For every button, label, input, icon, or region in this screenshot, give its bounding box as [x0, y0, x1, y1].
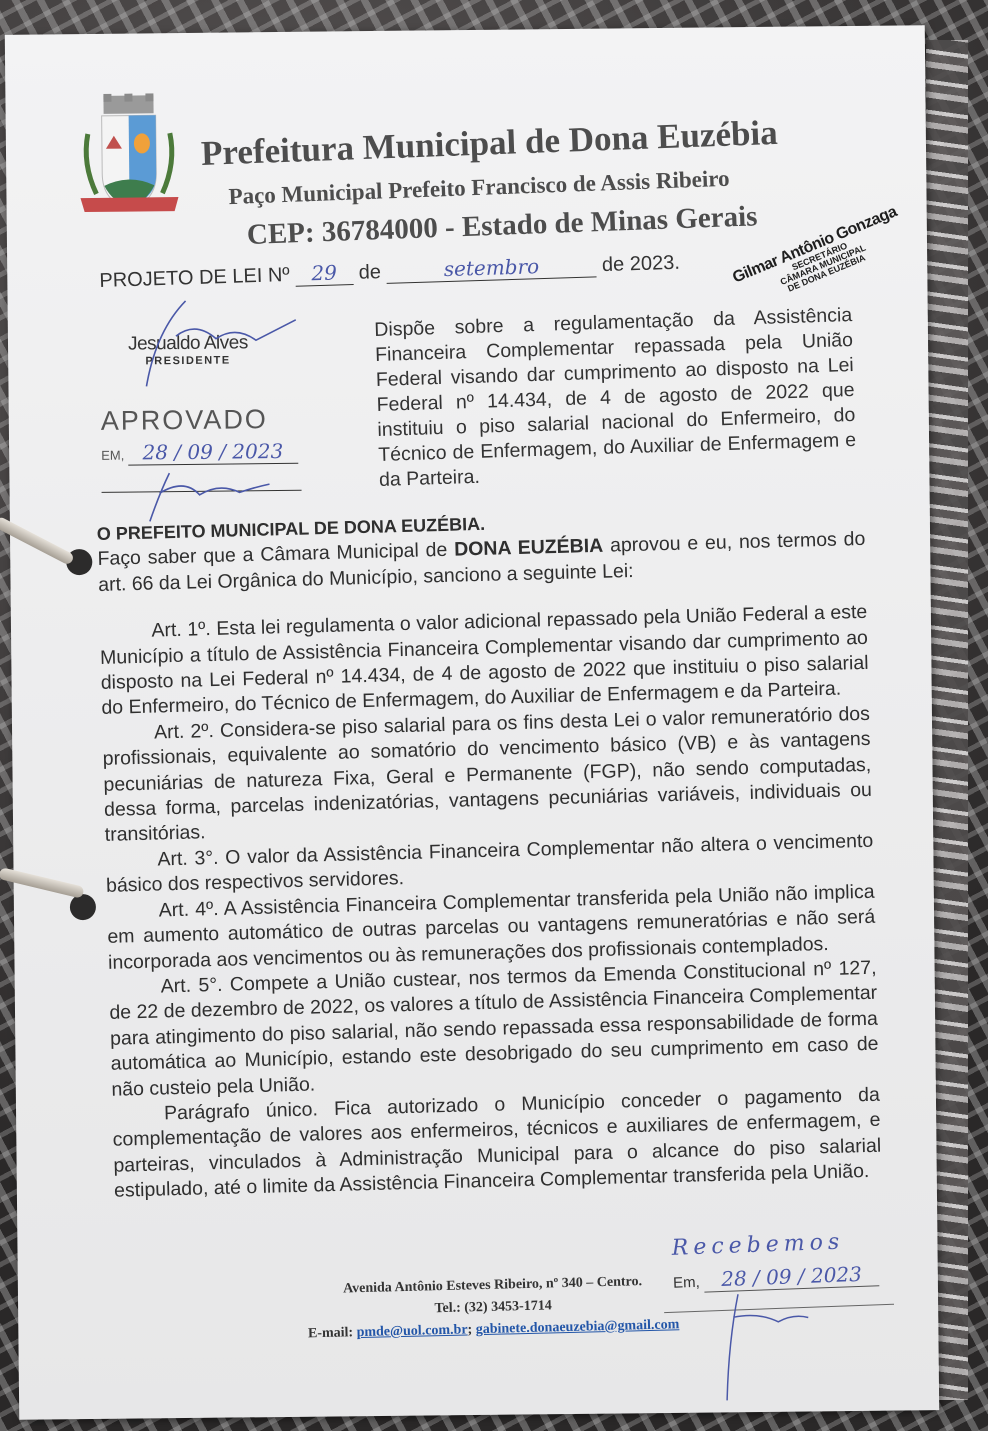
received-word: Recebemos	[671, 1228, 892, 1261]
bill-number-handwritten: 29	[295, 260, 354, 287]
bill-number-line: PROJETO DE LEI Nº 29 de setembro de 2023…	[99, 250, 680, 293]
binder-hole	[70, 894, 96, 920]
header-cep-line: CEP: 36784000 - Estado de Minas Gerais	[246, 200, 758, 252]
article-1: Art. 1º. Esta lei regulamenta o valor ad…	[99, 600, 869, 722]
bill-month-handwritten: setembro	[386, 252, 597, 284]
president-name: Jesualdo Alves	[128, 332, 248, 355]
municipal-crest-icon	[73, 93, 184, 224]
approval-em-label: EM,	[101, 448, 124, 463]
law-body: O PREFEITO MUNICIPAL DE DONA EUZÉBIA. Fa…	[97, 502, 883, 1204]
president-stamp: Jesualdo Alves PRESIDENTE	[128, 332, 248, 367]
approval-label: APROVADO	[101, 404, 301, 437]
document-page: Prefeitura Municipal de Dona Euzébia Paç…	[5, 25, 939, 1420]
email-link-gmail[interactable]: gabinete.donaeuzebia@gmail.com	[476, 1317, 680, 1337]
approval-stamp: APROVADO EM, 28 / 09 / 2023	[101, 404, 302, 498]
article-2: Art. 2º. Considera-se piso salarial para…	[102, 702, 873, 849]
binder-ring	[0, 516, 75, 566]
footer-email-label: E-mail:	[308, 1325, 353, 1341]
footer-email-separator: ;	[467, 1322, 472, 1337]
email-link-uol[interactable]: pmde@uol.com.br	[356, 1322, 467, 1340]
approval-date-handwritten: 28 / 09 / 2023	[128, 439, 298, 466]
sole-paragraph: Parágrafo único. Fica autorizado o Munic…	[112, 1083, 882, 1205]
header-title: Prefeitura Municipal de Dona Euzébia	[200, 108, 901, 174]
president-role: PRESIDENTE	[128, 354, 248, 367]
bill-summary: Dispõe sobre a regulamentação da Assistê…	[374, 303, 857, 493]
preamble-municipality: DONA EUZÉBIA	[454, 535, 604, 561]
bill-prefix: PROJETO DE LEI Nº	[99, 264, 290, 292]
bill-year: de 2023.	[602, 252, 681, 276]
approval-signature-line	[101, 468, 301, 493]
article-5: Art. 5°. Compete a União custear, nos te…	[108, 956, 879, 1103]
bill-de-label: de	[358, 261, 381, 284]
letterhead-footer: Avenida Antônio Esteves Ribeiro, nº 340 …	[252, 1269, 733, 1347]
